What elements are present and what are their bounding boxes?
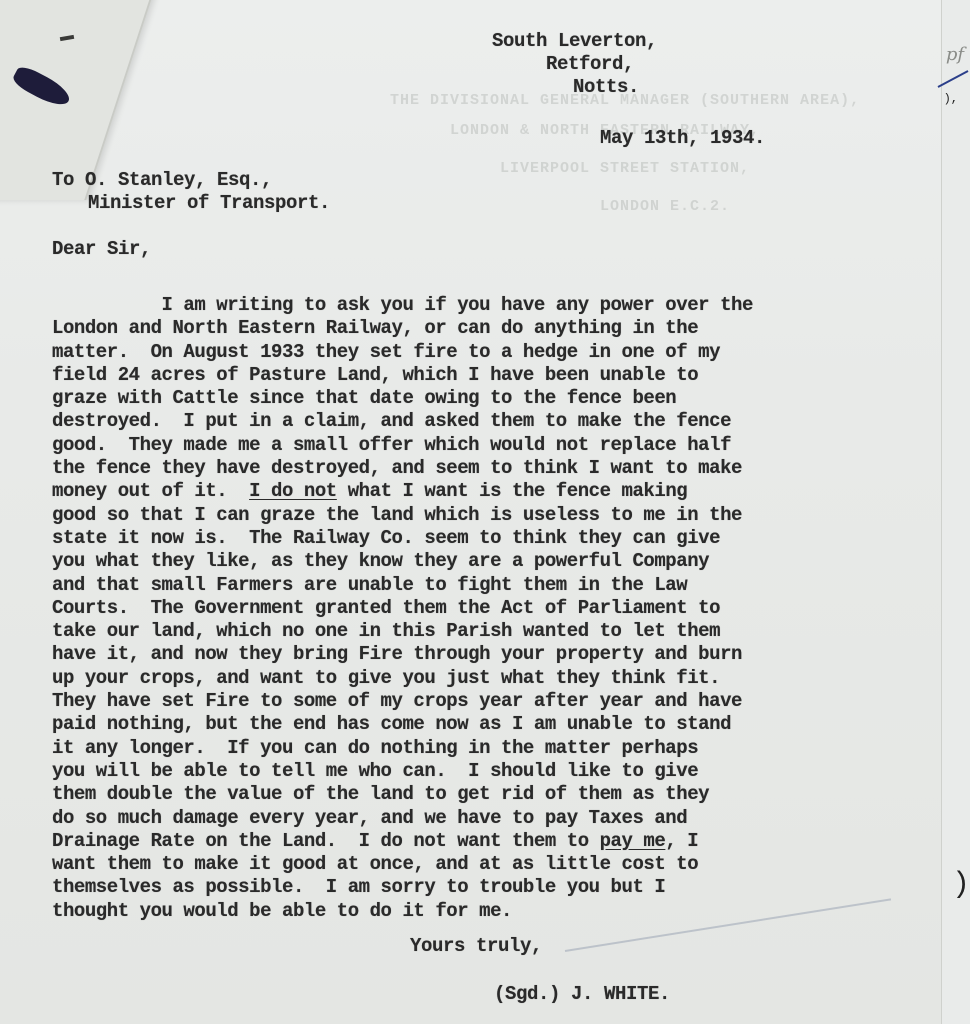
body-line: themselves as possible. I am sorry to tr…	[52, 876, 942, 899]
show-through-line-4: LONDON E.C.2.	[600, 198, 730, 215]
salutation: Dear Sir,	[52, 238, 151, 261]
body-line: you will be able to tell me who can. I s…	[52, 760, 942, 783]
body-line-with-underline: money out of it. I do not what I want is…	[52, 480, 942, 503]
body-line-suffix: , I	[665, 830, 698, 852]
body-line-with-underline: Drainage Rate on the Land. I do not want…	[52, 830, 942, 853]
body-line: They have set Fire to some of my crops y…	[52, 690, 942, 713]
letter-body: I am writing to ask you if you have any …	[52, 294, 942, 923]
body-line: you what they like, as they know they ar…	[52, 550, 942, 573]
body-line: destroyed. I put in a claim, and asked t…	[52, 410, 942, 433]
body-line: paid nothing, but the end has come now a…	[52, 713, 942, 736]
body-line: have it, and now they bring Fire through…	[52, 643, 942, 666]
body-line: up your crops, and want to give you just…	[52, 667, 942, 690]
body-line: the fence they have destroyed, and seem …	[52, 457, 942, 480]
body-line: and that small Farmers are unable to fig…	[52, 574, 942, 597]
sender-address-line-3: Notts.	[573, 76, 639, 99]
body-line-prefix: Drainage Rate on the Land. I do not want…	[52, 830, 600, 852]
recipient-line-1: To O. Stanley, Esq.,	[52, 169, 272, 192]
underlined-text: pay me	[600, 830, 666, 852]
body-line: state it now is. The Railway Co. seem to…	[52, 527, 942, 550]
body-line: field 24 acres of Pasture Land, which I …	[52, 364, 942, 387]
body-line: graze with Cattle since that date owing …	[52, 387, 942, 410]
body-line: want them to make it good at once, and a…	[52, 853, 942, 876]
body-line: it any longer. If you can do nothing in …	[52, 737, 942, 760]
right-bracket-mark-icon: )	[952, 868, 970, 902]
body-line: London and North Eastern Railway, or can…	[52, 317, 942, 340]
letter-page: pf ), ) THE DIVISIONAL GENERAL MANAGER (…	[0, 0, 970, 1024]
underlined-text: I do not	[249, 480, 337, 502]
signature: (Sgd.) J. WHITE.	[494, 983, 670, 1006]
right-edge-text: ),	[944, 92, 958, 106]
body-line: matter. On August 1933 they set fire to …	[52, 341, 942, 364]
body-line: good so that I can graze the land which …	[52, 504, 942, 527]
letter-date: May 13th, 1934.	[600, 127, 765, 150]
body-line-suffix: what I want is the fence making	[337, 480, 687, 502]
sender-address-line-2: Retford,	[546, 53, 634, 76]
body-line: take our land, which no one in this Pari…	[52, 620, 942, 643]
show-through-line-3: LIVERPOOL STREET STATION,	[500, 160, 750, 177]
pencil-annotation: pf	[946, 44, 964, 65]
body-line: I am writing to ask you if you have any …	[52, 294, 942, 317]
recipient-line-2: Minister of Transport.	[88, 192, 330, 215]
body-line: do so much damage every year, and we hav…	[52, 807, 942, 830]
closing: Yours truly,	[410, 935, 542, 958]
body-line-prefix: money out of it.	[52, 480, 249, 502]
body-line: Courts. The Government granted them the …	[52, 597, 942, 620]
body-line: good. They made me a small offer which w…	[52, 434, 942, 457]
body-line: them double the value of the land to get…	[52, 783, 942, 806]
sender-address-line-1: South Leverton,	[492, 30, 657, 53]
